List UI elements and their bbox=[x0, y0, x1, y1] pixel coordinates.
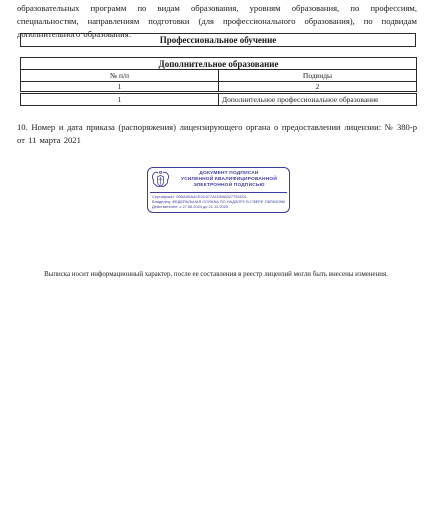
column-header-num: № п/п bbox=[21, 70, 219, 82]
additional-education-table: Дополнительное образование № п/п Подвиды… bbox=[20, 57, 417, 106]
table-row: 1 Дополнительное профессиональное образо… bbox=[21, 93, 417, 106]
section10-paragraph: 10. Номер и дата приказа (распоряжения) … bbox=[17, 121, 417, 147]
stamp-title: ДОКУМЕНТ ПОДПИСАН УСИЛЕННОЙ КВАЛИФИЦИРОВ… bbox=[171, 171, 287, 188]
column-number-1: 1 bbox=[21, 82, 219, 93]
professional-training-title: Профессиональное обучение bbox=[160, 35, 277, 45]
stamp-top-section: ДОКУМЕНТ ПОДПИСАН УСИЛЕННОЙ КВАЛИФИЦИРОВ… bbox=[148, 168, 289, 191]
signature-stamp: ДОКУМЕНТ ПОДПИСАН УСИЛЕННОЙ КВАЛИФИЦИРОВ… bbox=[147, 167, 290, 213]
eagle-emblem-icon bbox=[150, 170, 171, 191]
column-header-subtypes: Подвиды bbox=[219, 70, 417, 82]
stamp-validity: Действителен: с 27.06.2024 до 21.12.2025 bbox=[152, 204, 285, 209]
stamp-title-line1: ДОКУМЕНТ ПОДПИСАН bbox=[199, 171, 258, 176]
column-number-row: 1 2 bbox=[21, 82, 417, 93]
stamp-title-line3: ЭЛЕКТРОННОЙ ПОДПИСЬЮ bbox=[193, 183, 264, 188]
footer-note: Выписка носит информационный характер, п… bbox=[0, 271, 432, 278]
stamp-divider bbox=[150, 192, 287, 193]
stamp-info: Сертификат: 00BAA9A4CE0C677A1D69A027753D… bbox=[148, 194, 289, 209]
row-subtype-cell: Дополнительное профессиональное образова… bbox=[219, 93, 417, 106]
table-title-row: Дополнительное образование bbox=[21, 58, 417, 70]
table-header-row: № п/п Подвиды bbox=[21, 70, 417, 82]
row-num-cell: 1 bbox=[21, 93, 219, 106]
column-number-2: 2 bbox=[219, 82, 417, 93]
additional-education-title: Дополнительное образование bbox=[21, 58, 417, 70]
stamp-title-line2: УСИЛЕННОЙ КВАЛИФИЦИРОВАННОЙ bbox=[181, 177, 277, 182]
professional-training-table: Профессиональное обучение bbox=[20, 33, 416, 47]
license-extract-page: образовательных программ по видам образо… bbox=[0, 0, 432, 530]
